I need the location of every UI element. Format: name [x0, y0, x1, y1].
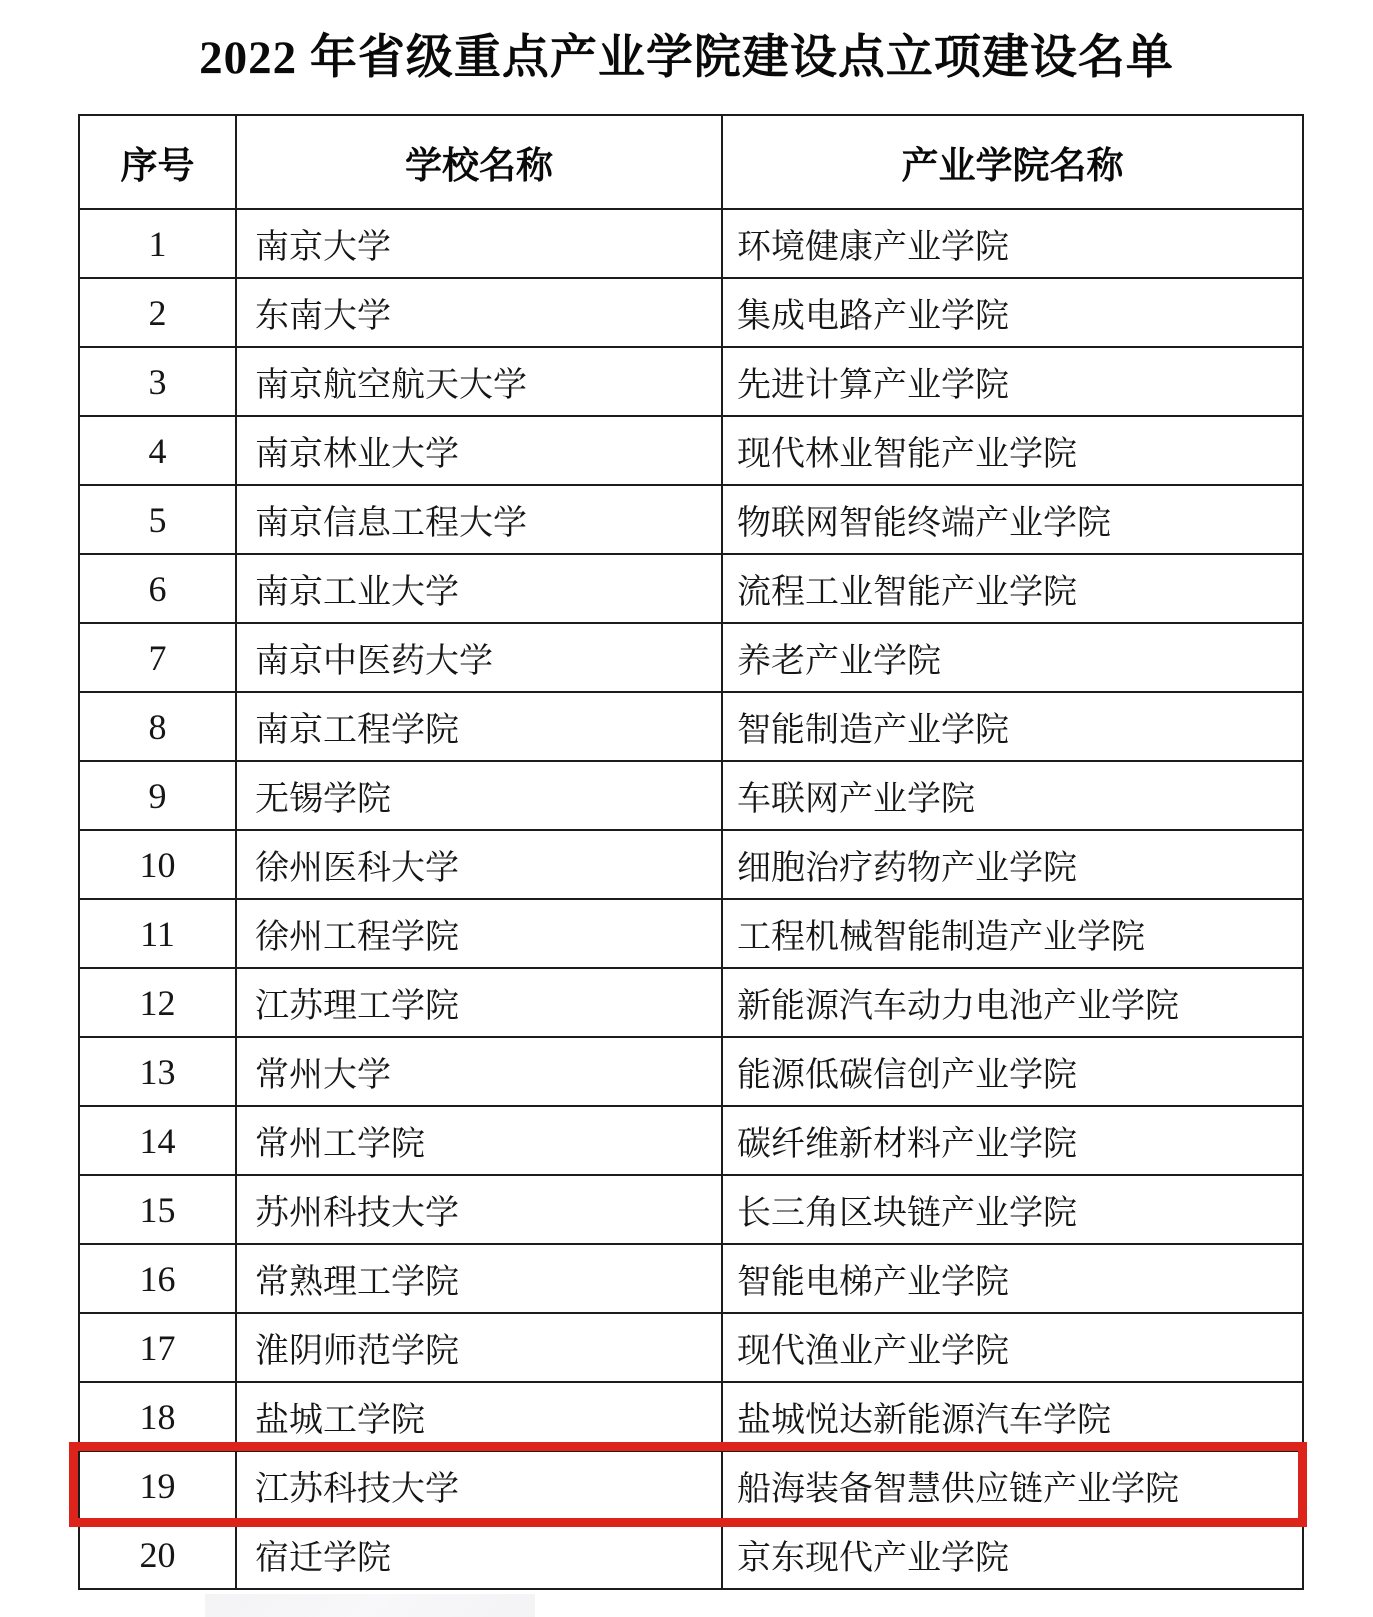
table-row: 16常熟理工学院智能电梯产业学院 — [79, 1244, 1303, 1313]
table-row: 10徐州医科大学细胞治疗药物产业学院 — [79, 830, 1303, 899]
table-row: 13常州大学能源低碳信创产业学院 — [79, 1037, 1303, 1106]
college-name: 京东现代产业学院 — [722, 1520, 1303, 1589]
table-body: 1南京大学环境健康产业学院2东南大学集成电路产业学院3南京航空航天大学先进计算产… — [79, 209, 1303, 1589]
school-name: 南京大学 — [236, 209, 722, 278]
row-number: 10 — [79, 830, 236, 899]
table-row: 9无锡学院车联网产业学院 — [79, 761, 1303, 830]
table-row: 8南京工程学院智能制造产业学院 — [79, 692, 1303, 761]
school-name: 江苏理工学院 — [236, 968, 722, 1037]
school-name: 南京林业大学 — [236, 416, 722, 485]
school-name: 南京工程学院 — [236, 692, 722, 761]
college-name: 长三角区块链产业学院 — [722, 1175, 1303, 1244]
school-name: 宿迁学院 — [236, 1520, 722, 1589]
college-name: 先进计算产业学院 — [722, 347, 1303, 416]
row-number: 5 — [79, 485, 236, 554]
college-name: 细胞治疗药物产业学院 — [722, 830, 1303, 899]
table-row: 18盐城工学院盐城悦达新能源汽车学院 — [79, 1382, 1303, 1451]
college-name: 碳纤维新材料产业学院 — [722, 1106, 1303, 1175]
header-cell-college: 产业学院名称 — [722, 115, 1303, 209]
school-name: 无锡学院 — [236, 761, 722, 830]
row-number: 11 — [79, 899, 236, 968]
school-name: 常州大学 — [236, 1037, 722, 1106]
school-name: 江苏科技大学 — [236, 1451, 722, 1520]
college-name: 集成电路产业学院 — [722, 278, 1303, 347]
college-name: 工程机械智能制造产业学院 — [722, 899, 1303, 968]
row-number: 6 — [79, 554, 236, 623]
school-name: 南京工业大学 — [236, 554, 722, 623]
table-row: 19江苏科技大学船海装备智慧供应链产业学院 — [79, 1451, 1303, 1520]
school-name: 淮阴师范学院 — [236, 1313, 722, 1382]
school-name: 常熟理工学院 — [236, 1244, 722, 1313]
row-number: 8 — [79, 692, 236, 761]
table-row: 6南京工业大学流程工业智能产业学院 — [79, 554, 1303, 623]
row-number: 4 — [79, 416, 236, 485]
row-number: 1 — [79, 209, 236, 278]
table-row: 2东南大学集成电路产业学院 — [79, 278, 1303, 347]
bottom-watermark — [205, 1594, 535, 1617]
college-name: 智能制造产业学院 — [722, 692, 1303, 761]
table-row: 11徐州工程学院工程机械智能制造产业学院 — [79, 899, 1303, 968]
row-number: 14 — [79, 1106, 236, 1175]
college-name: 能源低碳信创产业学院 — [722, 1037, 1303, 1106]
school-name: 南京中医药大学 — [236, 623, 722, 692]
list-table-container: 序号 学校名称 产业学院名称 1南京大学环境健康产业学院2东南大学集成电路产业学… — [78, 114, 1302, 1590]
school-name: 东南大学 — [236, 278, 722, 347]
header-cell-no: 序号 — [79, 115, 236, 209]
school-name: 徐州工程学院 — [236, 899, 722, 968]
school-name: 常州工学院 — [236, 1106, 722, 1175]
table-row: 1南京大学环境健康产业学院 — [79, 209, 1303, 278]
college-name: 物联网智能终端产业学院 — [722, 485, 1303, 554]
college-name: 现代渔业产业学院 — [722, 1313, 1303, 1382]
table-row: 5南京信息工程大学物联网智能终端产业学院 — [79, 485, 1303, 554]
school-name: 南京信息工程大学 — [236, 485, 722, 554]
row-number: 16 — [79, 1244, 236, 1313]
row-number: 3 — [79, 347, 236, 416]
list-table: 序号 学校名称 产业学院名称 1南京大学环境健康产业学院2东南大学集成电路产业学… — [78, 114, 1304, 1590]
college-name: 智能电梯产业学院 — [722, 1244, 1303, 1313]
table-row: 14常州工学院碳纤维新材料产业学院 — [79, 1106, 1303, 1175]
row-number: 19 — [79, 1451, 236, 1520]
row-number: 9 — [79, 761, 236, 830]
table-row: 12江苏理工学院新能源汽车动力电池产业学院 — [79, 968, 1303, 1037]
school-name: 徐州医科大学 — [236, 830, 722, 899]
college-name: 新能源汽车动力电池产业学院 — [722, 968, 1303, 1037]
college-name: 车联网产业学院 — [722, 761, 1303, 830]
school-name: 南京航空航天大学 — [236, 347, 722, 416]
table-row: 15苏州科技大学长三角区块链产业学院 — [79, 1175, 1303, 1244]
row-number: 15 — [79, 1175, 236, 1244]
college-name: 盐城悦达新能源汽车学院 — [722, 1382, 1303, 1451]
table-row: 4南京林业大学现代林业智能产业学院 — [79, 416, 1303, 485]
table-row: 20宿迁学院京东现代产业学院 — [79, 1520, 1303, 1589]
table-header-row: 序号 学校名称 产业学院名称 — [79, 115, 1303, 209]
college-name: 环境健康产业学院 — [722, 209, 1303, 278]
college-name: 养老产业学院 — [722, 623, 1303, 692]
row-number: 12 — [79, 968, 236, 1037]
college-name: 流程工业智能产业学院 — [722, 554, 1303, 623]
row-number: 20 — [79, 1520, 236, 1589]
college-name: 现代林业智能产业学院 — [722, 416, 1303, 485]
table-row: 17淮阴师范学院现代渔业产业学院 — [79, 1313, 1303, 1382]
table-row: 3南京航空航天大学先进计算产业学院 — [79, 347, 1303, 416]
row-number: 7 — [79, 623, 236, 692]
row-number: 18 — [79, 1382, 236, 1451]
row-number: 2 — [79, 278, 236, 347]
row-number: 13 — [79, 1037, 236, 1106]
page-title: 2022 年省级重点产业学院建设点立项建设名单 — [40, 20, 1333, 87]
school-name: 盐城工学院 — [236, 1382, 722, 1451]
school-name: 苏州科技大学 — [236, 1175, 722, 1244]
header-cell-school: 学校名称 — [236, 115, 722, 209]
table-row: 7南京中医药大学养老产业学院 — [79, 623, 1303, 692]
row-number: 17 — [79, 1313, 236, 1382]
college-name: 船海装备智慧供应链产业学院 — [722, 1451, 1303, 1520]
